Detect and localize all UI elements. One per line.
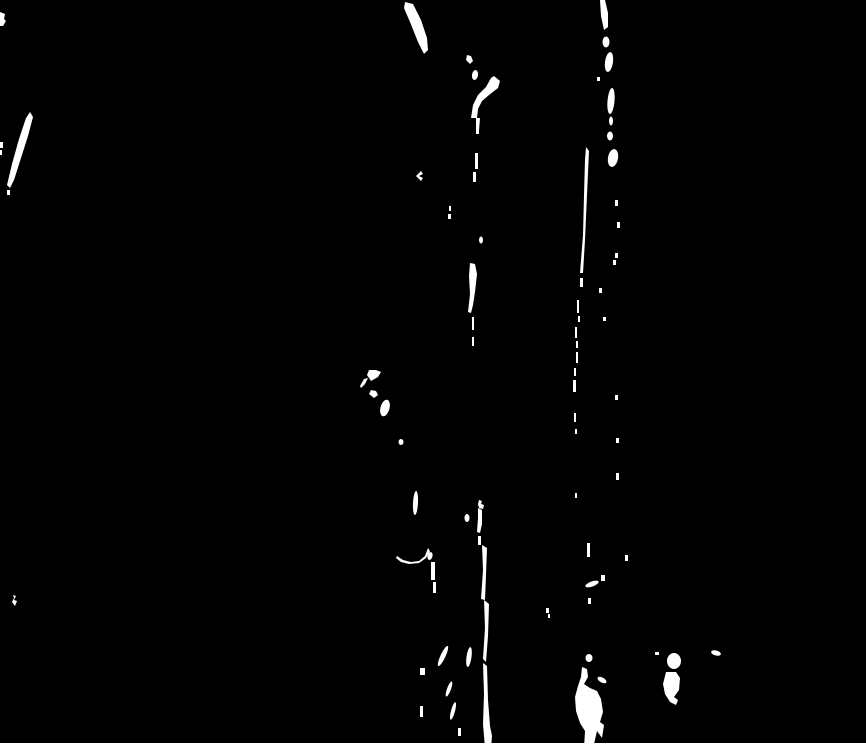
mask-blob bbox=[616, 473, 619, 480]
mask-blob bbox=[575, 429, 577, 434]
bottom-right-blob-head bbox=[667, 653, 681, 669]
mask-blob bbox=[575, 493, 577, 498]
mask-blob bbox=[576, 341, 578, 348]
mask-blob bbox=[472, 317, 474, 330]
mask-blob bbox=[575, 327, 577, 338]
mask-blob bbox=[601, 575, 605, 581]
mask-blob bbox=[609, 117, 613, 126]
mask-blob bbox=[573, 380, 576, 392]
binary-mask-image bbox=[0, 0, 866, 755]
mask-blob bbox=[574, 368, 576, 376]
mask-blob bbox=[0, 150, 2, 155]
mask-blob bbox=[615, 253, 618, 258]
mask-blob bbox=[473, 172, 476, 182]
mask-blob bbox=[7, 190, 10, 195]
mask-blob bbox=[574, 413, 576, 422]
mask-blob bbox=[465, 514, 470, 522]
mask-blob bbox=[613, 260, 616, 265]
mask-blob bbox=[615, 200, 618, 206]
mask-blob bbox=[616, 438, 619, 443]
mask-blob bbox=[586, 654, 593, 662]
mask-canvas bbox=[0, 0, 866, 755]
mask-blob bbox=[607, 132, 613, 141]
mask-blob bbox=[577, 300, 579, 313]
mask-blob bbox=[0, 142, 3, 148]
mask-blob bbox=[449, 206, 451, 211]
mask-blob bbox=[576, 352, 578, 363]
mask-blob bbox=[617, 222, 620, 228]
mask-blob bbox=[458, 728, 461, 736]
mask-blob bbox=[599, 288, 602, 293]
mask-blob bbox=[433, 582, 436, 593]
mask-blob bbox=[546, 608, 549, 613]
mask-blob bbox=[431, 562, 435, 580]
mask-blob bbox=[472, 337, 474, 346]
mask-blob bbox=[655, 652, 659, 655]
mask-blob bbox=[448, 214, 451, 219]
mask-blob bbox=[597, 77, 600, 81]
mask-blob bbox=[420, 668, 425, 675]
mask-blob bbox=[476, 125, 479, 134]
mask-blob bbox=[479, 237, 483, 244]
mask-blob bbox=[399, 439, 404, 445]
mask-blob bbox=[475, 153, 478, 169]
mask-blob bbox=[588, 598, 591, 604]
mask-blob bbox=[578, 316, 580, 322]
mask-blob bbox=[603, 37, 610, 48]
bottom-border-strip bbox=[0, 743, 866, 755]
mask-blob bbox=[625, 555, 628, 561]
mask-blob bbox=[420, 706, 423, 717]
mask-background bbox=[0, 0, 866, 755]
mask-blob bbox=[478, 536, 481, 545]
mask-blob bbox=[615, 395, 618, 400]
mask-blob bbox=[603, 317, 606, 321]
mask-blob bbox=[580, 278, 583, 287]
mask-blob bbox=[548, 614, 550, 618]
mask-blob bbox=[587, 543, 590, 557]
